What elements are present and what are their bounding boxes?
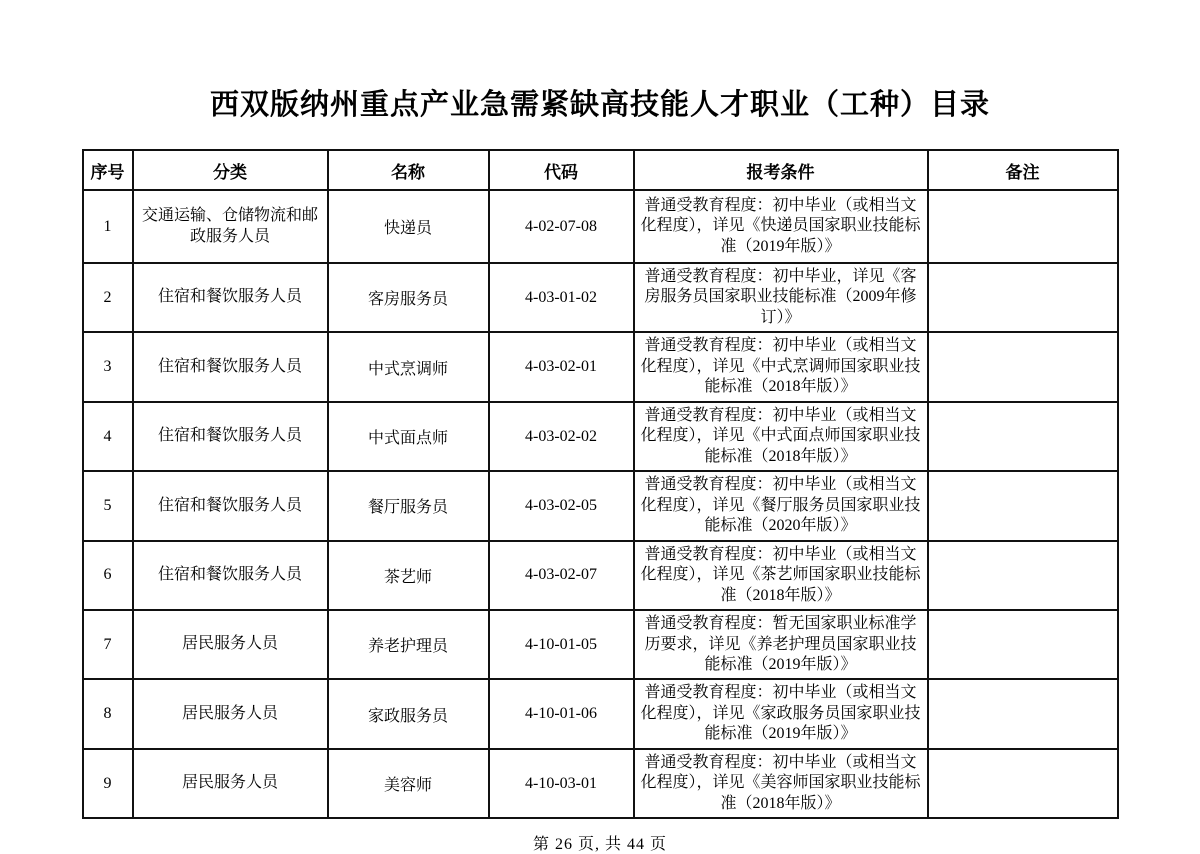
category-cell: 住宿和餐饮服务人员 xyxy=(133,332,328,401)
row-number-cell: 2 xyxy=(83,263,133,332)
occupation-name-cell: 中式面点师 xyxy=(328,402,489,471)
category-cell: 住宿和餐饮服务人员 xyxy=(133,471,328,540)
occupation-name-cell: 中式烹调师 xyxy=(328,332,489,401)
code-cell: 4-03-02-02 xyxy=(489,402,634,471)
condition-cell: 普通受教育程度：初中毕业，详见《客房服务员国家职业技能标准（2009年修订）》 xyxy=(634,263,928,332)
remark-cell xyxy=(928,190,1118,263)
code-cell: 4-03-02-01 xyxy=(489,332,634,401)
table-row: 2 住宿和餐饮服务人员 客房服务员 4-03-01-02 普通受教育程度：初中毕… xyxy=(83,263,1118,332)
remark-cell xyxy=(928,402,1118,471)
page-number-footer: 第 26 页, 共 44 页 xyxy=(0,831,1200,854)
code-cell: 4-02-07-08 xyxy=(489,190,634,263)
header-code: 代码 xyxy=(489,150,634,190)
row-number-cell: 4 xyxy=(83,402,133,471)
code-cell: 4-03-01-02 xyxy=(489,263,634,332)
condition-cell: 普通受教育程度：初中毕业（或相当文化程度），详见《餐厅服务员国家职业技能标准（2… xyxy=(634,471,928,540)
page-title: 西双版纳州重点产业急需紧缺高技能人才职业（工种）目录 xyxy=(0,82,1200,123)
remark-cell xyxy=(928,332,1118,401)
condition-cell: 普通受教育程度：暂无国家职业标准学历要求，详见《养老护理员国家职业技能标准（20… xyxy=(634,610,928,679)
category-cell: 居民服务人员 xyxy=(133,610,328,679)
code-cell: 4-10-03-01 xyxy=(489,749,634,818)
remark-cell xyxy=(928,263,1118,332)
remark-cell xyxy=(928,471,1118,540)
category-cell: 住宿和餐饮服务人员 xyxy=(133,541,328,610)
header-serial-number: 序号 xyxy=(83,150,133,190)
occupation-name-cell: 家政服务员 xyxy=(328,679,489,748)
row-number-cell: 9 xyxy=(83,749,133,818)
row-number-cell: 7 xyxy=(83,610,133,679)
occupation-name-cell: 客房服务员 xyxy=(328,263,489,332)
category-cell: 住宿和餐饮服务人员 xyxy=(133,263,328,332)
header-name: 名称 xyxy=(328,150,489,190)
row-number-cell: 1 xyxy=(83,190,133,263)
row-number-cell: 8 xyxy=(83,679,133,748)
table-row: 8 居民服务人员 家政服务员 4-10-01-06 普通受教育程度：初中毕业（或… xyxy=(83,679,1118,748)
condition-cell: 普通受教育程度：初中毕业（或相当文化程度），详见《茶艺师国家职业技能标准（201… xyxy=(634,541,928,610)
occupation-name-cell: 美容师 xyxy=(328,749,489,818)
code-cell: 4-03-02-05 xyxy=(489,471,634,540)
header-category: 分类 xyxy=(133,150,328,190)
document-page: 西双版纳州重点产业急需紧缺高技能人才职业（工种）目录 序号 分类 名称 代码 报… xyxy=(0,0,1200,848)
row-number-cell: 5 xyxy=(83,471,133,540)
condition-cell: 普通受教育程度：初中毕业（或相当文化程度），详见《家政服务员国家职业技能标准（2… xyxy=(634,679,928,748)
row-number-cell: 3 xyxy=(83,332,133,401)
remark-cell xyxy=(928,679,1118,748)
condition-cell: 普通受教育程度：初中毕业（或相当文化程度），详见《美容师国家职业技能标准（201… xyxy=(634,749,928,818)
header-exam-requirements: 报考条件 xyxy=(634,150,928,190)
category-cell: 交通运输、仓储物流和邮政服务人员 xyxy=(133,190,328,263)
remark-cell xyxy=(928,610,1118,679)
occupation-name-cell: 茶艺师 xyxy=(328,541,489,610)
remark-cell xyxy=(928,541,1118,610)
table-header-row: 序号 分类 名称 代码 报考条件 备注 xyxy=(83,150,1118,190)
table-row: 3 住宿和餐饮服务人员 中式烹调师 4-03-02-01 普通受教育程度：初中毕… xyxy=(83,332,1118,401)
code-cell: 4-10-01-05 xyxy=(489,610,634,679)
category-cell: 居民服务人员 xyxy=(133,749,328,818)
code-cell: 4-10-01-06 xyxy=(489,679,634,748)
table-row: 4 住宿和餐饮服务人员 中式面点师 4-03-02-02 普通受教育程度：初中毕… xyxy=(83,402,1118,471)
table-row: 5 住宿和餐饮服务人员 餐厅服务员 4-03-02-05 普通受教育程度：初中毕… xyxy=(83,471,1118,540)
table-row: 1 交通运输、仓储物流和邮政服务人员 快递员 4-02-07-08 普通受教育程… xyxy=(83,190,1118,263)
row-number-cell: 6 xyxy=(83,541,133,610)
occupation-name-cell: 快递员 xyxy=(328,190,489,263)
condition-cell: 普通受教育程度：初中毕业（或相当文化程度），详见《中式烹调师国家职业技能标准（2… xyxy=(634,332,928,401)
table-row: 6 住宿和餐饮服务人员 茶艺师 4-03-02-07 普通受教育程度：初中毕业（… xyxy=(83,541,1118,610)
table-row: 7 居民服务人员 养老护理员 4-10-01-05 普通受教育程度：暂无国家职业… xyxy=(83,610,1118,679)
condition-cell: 普通受教育程度：初中毕业（或相当文化程度），详见《快递员国家职业技能标准（201… xyxy=(634,190,928,263)
condition-cell: 普通受教育程度：初中毕业（或相当文化程度），详见《中式面点师国家职业技能标准（2… xyxy=(634,402,928,471)
table-row: 9 居民服务人员 美容师 4-10-03-01 普通受教育程度：初中毕业（或相当… xyxy=(83,749,1118,818)
header-remarks: 备注 xyxy=(928,150,1118,190)
occupation-name-cell: 餐厅服务员 xyxy=(328,471,489,540)
occupation-name-cell: 养老护理员 xyxy=(328,610,489,679)
category-cell: 居民服务人员 xyxy=(133,679,328,748)
remark-cell xyxy=(928,749,1118,818)
category-cell: 住宿和餐饮服务人员 xyxy=(133,402,328,471)
code-cell: 4-03-02-07 xyxy=(489,541,634,610)
occupation-catalog-table: 序号 分类 名称 代码 报考条件 备注 1 交通运输、仓储物流和邮政服务人员 快… xyxy=(82,149,1119,819)
